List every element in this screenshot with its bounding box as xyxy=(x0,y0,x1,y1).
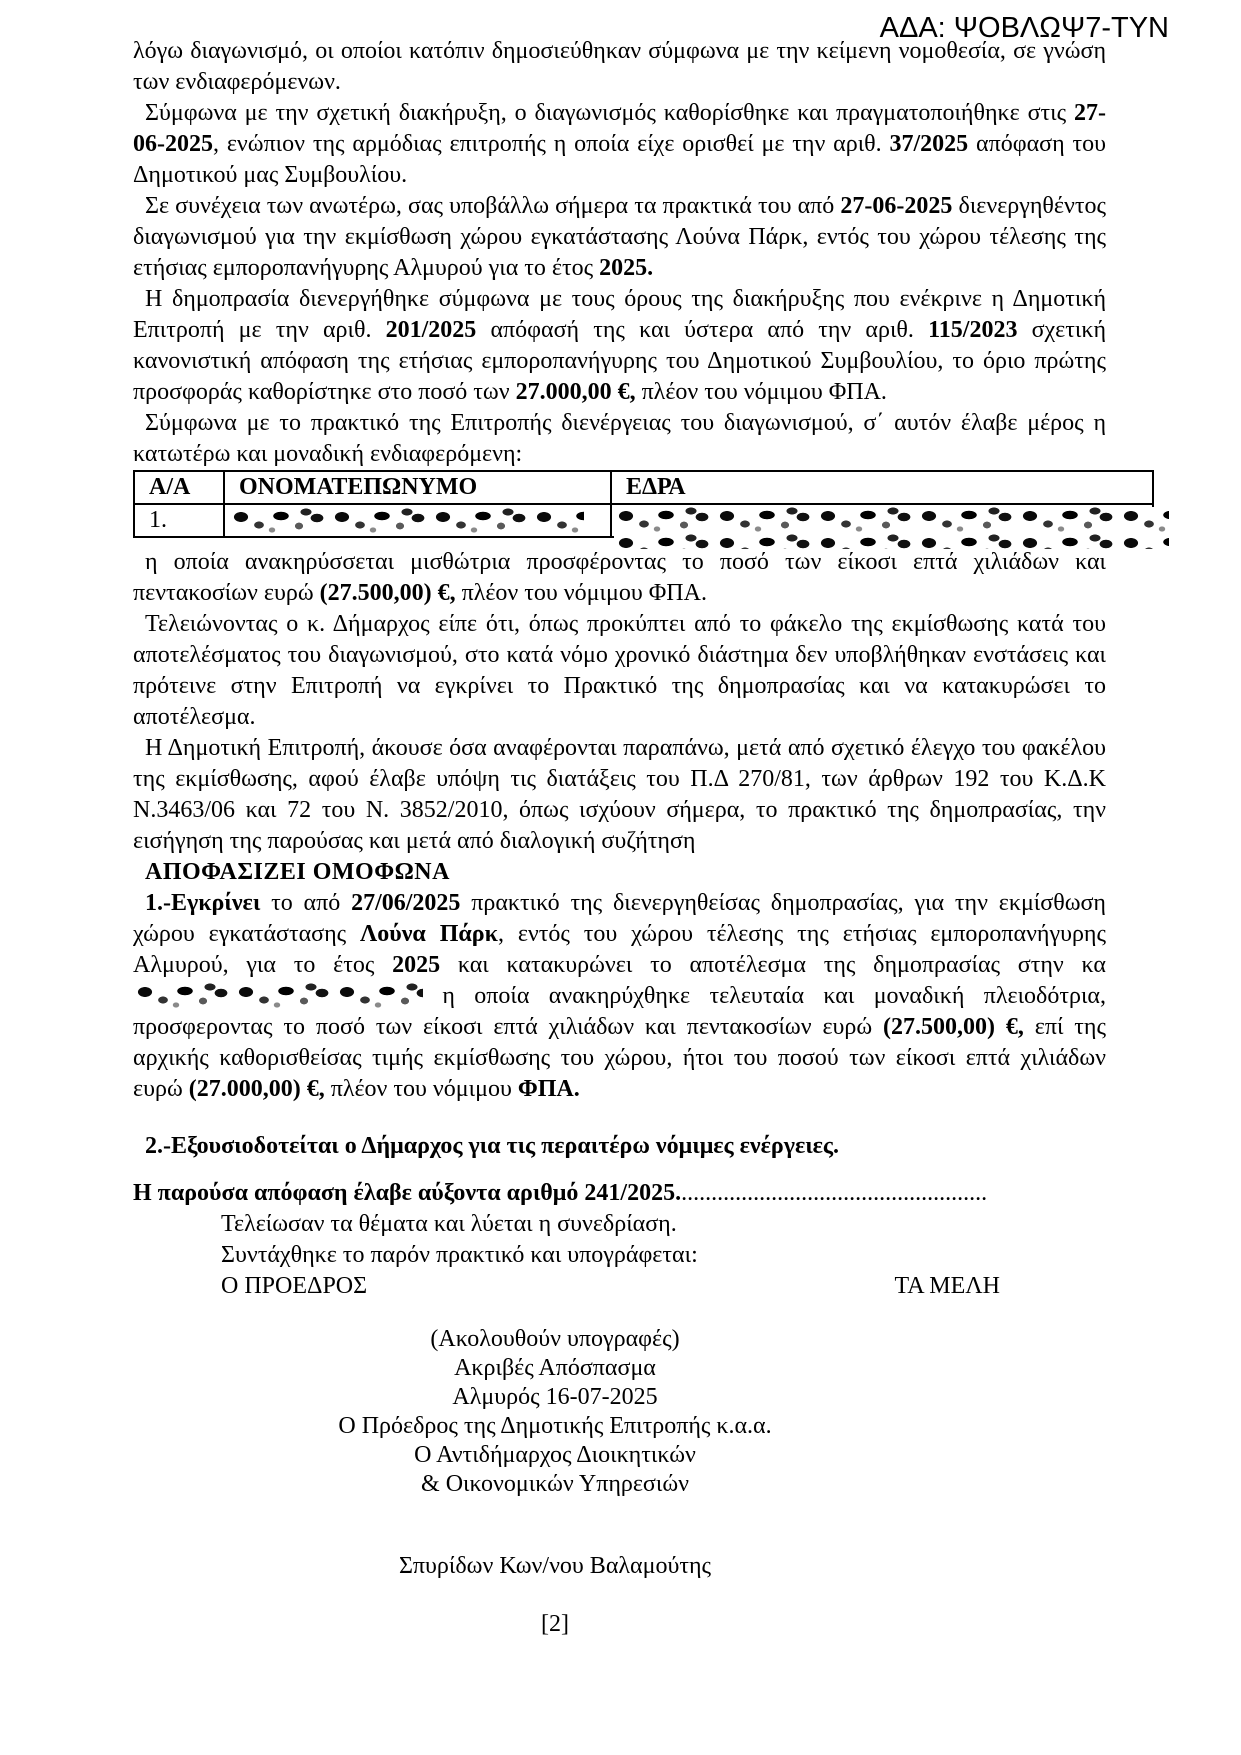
certification-block: (Ακολουθούν υπογραφές) Ακριβές Απόσπασμα… xyxy=(133,1325,977,1499)
paragraph-minutes-signed: Συντάχθηκε το παρόν πρακτικό και υπογράφ… xyxy=(133,1240,1106,1271)
paragraph-lessee-declaration: η οποία ανακηρύσσεται μισθώτρια προσφέρο… xyxy=(133,547,1106,609)
redacted-bidder-seat xyxy=(614,507,1169,549)
header-cell-name: ΟΝΟΜΑΤΕΠΩΝΥΜΟ xyxy=(224,471,611,504)
decision-heading: ΑΠΟΦΑΣΙΖΕΙ ΟΜΟΦΩΝΑ xyxy=(133,857,1106,888)
paragraph-auction-date: Σύμφωνα με την σχετική διακήρυξη, ο διαγ… xyxy=(133,98,1106,191)
closing-line-deputy-mayor-title: Ο Αντιδήμαρχος Διοικητικών xyxy=(133,1441,977,1470)
closing-line-signatures-follow: (Ακολουθούν υπογραφές) xyxy=(133,1325,977,1354)
redacted-bidder-name xyxy=(229,508,584,535)
row-cell-seat xyxy=(611,504,1153,537)
closing-line-services-title: & Οικονομικών Υπηρεσιών xyxy=(133,1470,977,1499)
paragraph-minutes-submission: Σε συνέχεια των ανωτέρω, σας υποβάλλω σή… xyxy=(133,191,1106,284)
paragraph-committee-considerations: Η Δημοτική Επιτροπή, άκουσε όσα αναφέρον… xyxy=(133,733,1106,857)
row-cell-name xyxy=(224,504,611,537)
document-page: ΑΔΑ: ΨΟΒΛΩΨ7-ΤΥΝ λόγω διαγωνισμό, οι οπο… xyxy=(0,0,1241,1755)
table-header-row: Α/Α ΟΝΟΜΑΤΕΠΩΝΥΜΟ ΕΔΡΑ xyxy=(134,471,1153,504)
closing-line-place-date: Αλμυρός 16-07-2025 xyxy=(133,1383,977,1412)
paragraph-single-bidder-intro: Σύμφωνα με το πρακτικό της Επιτροπής διε… xyxy=(133,408,1106,470)
members-label: ΤΑ ΜΕΛΗ xyxy=(895,1271,1000,1302)
page-number: [2] xyxy=(133,1609,977,1640)
paragraph-intro-continuation: λόγω διαγωνισμό, οι οποίοι κατόπιν δημοσ… xyxy=(133,36,1106,98)
paragraph-decision-item-1: 1.-Εγκρίνει το από 27/06/2025 πρακτικό τ… xyxy=(133,888,1106,1105)
signatory-name: Σπυρίδων Κων/νου Βαλαμούτης xyxy=(133,1551,977,1582)
president-label: Ο ΠΡΟΕΔΡΟΣ xyxy=(221,1271,367,1302)
paragraph-serial-number: Η παρούσα απόφαση έλαβε αύξοντα αριθμό 2… xyxy=(133,1178,1106,1209)
document-body: λόγω διαγωνισμό, οι οποίοι κατόπιν δημοσ… xyxy=(133,36,1106,1640)
redacted-text xyxy=(133,983,423,1008)
paragraph-decision-item-2: 2.-Εξουσιοδοτείται ο Δήμαρχος για τις πε… xyxy=(133,1131,1106,1162)
closing-line-president-title: Ο Πρόεδρος της Δημοτικής Επιτροπής κ.α.α… xyxy=(133,1412,977,1441)
header-cell-seat: ΕΔΡΑ xyxy=(611,471,1153,504)
paragraph-auction-terms: Η δημοπρασία διενεργήθηκε σύμφωνα με του… xyxy=(133,284,1106,408)
bidders-table: Α/Α ΟΝΟΜΑΤΕΠΩΝΥΜΟ ΕΔΡΑ 1. xyxy=(133,470,1154,538)
officials-row: Ο ΠΡΟΕΔΡΟΣ ΤΑ ΜΕΛΗ xyxy=(133,1271,1106,1302)
row-cell-aa: 1. xyxy=(134,504,224,537)
paragraph-mayor-statement: Τελειώνοντας ο κ. Δήμαρχος είπε ότι, όπω… xyxy=(133,609,1106,733)
table-row: 1. xyxy=(134,504,1153,537)
paragraph-session-closed: Τελείωσαν τα θέματα και λύεται η συνεδρί… xyxy=(133,1209,1106,1240)
closing-line-true-extract: Ακριβές Απόσπασμα xyxy=(133,1354,977,1383)
header-cell-aa: Α/Α xyxy=(134,471,224,504)
